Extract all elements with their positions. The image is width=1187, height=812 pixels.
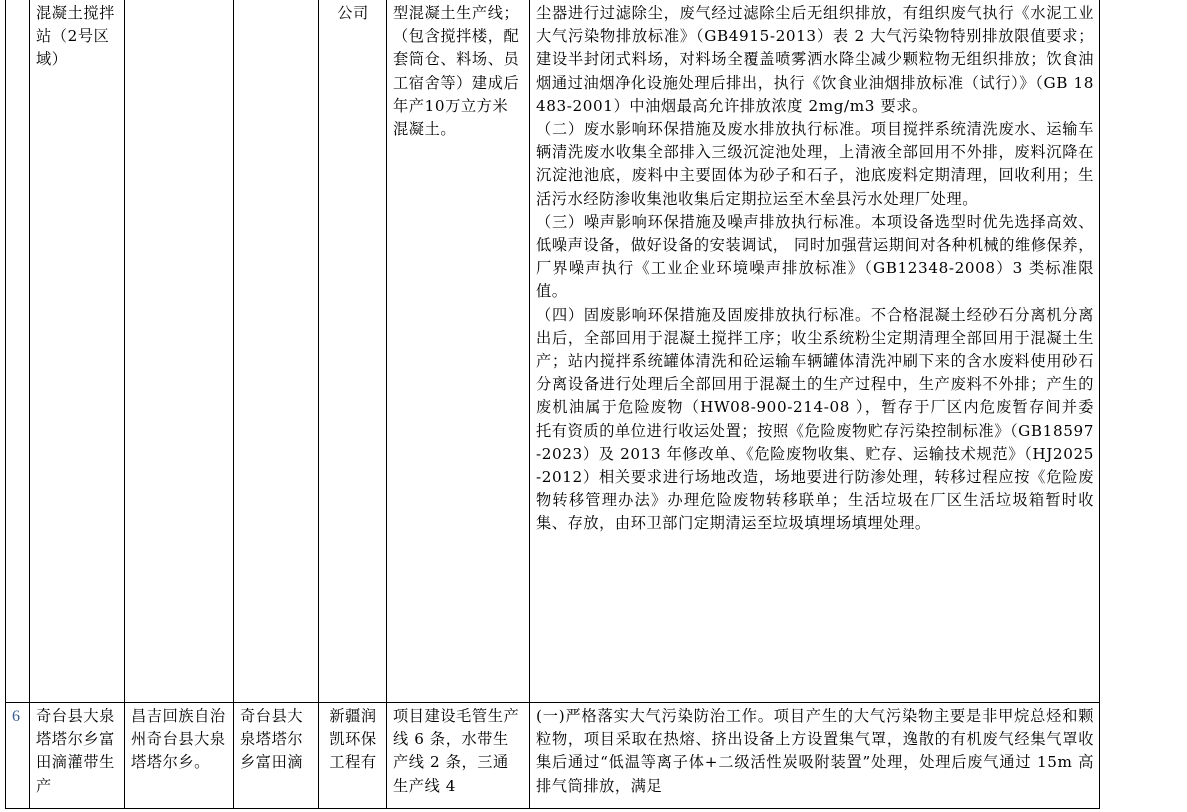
company-name: 新疆润凯环保工程有 [329,707,376,771]
row-number: 6 [12,708,21,725]
cell-company: 新疆润凯环保工程有 [319,703,387,809]
cell-project-name: 奇台县大泉塔塔尔乡富田滴灌带生产 [30,703,125,809]
location-detail: 奇台县大泉塔塔尔乡富田滴 [240,707,303,771]
project-name: 奇台县大泉塔塔尔乡富田滴灌带生产 [36,707,115,795]
cell-location-admin [125,0,234,703]
construction-content: 项目建设毛管生产线 6 条，水带生产线 2 条，三通生产线 4 [393,707,519,795]
cell-location-detail [234,0,319,703]
cell-location-detail: 奇台县大泉塔塔尔乡富田滴 [234,703,319,809]
cell-content: 型混凝土生产线；（包含搅拌楼，配套筒仓、料场、员工宿舍等）建成后年产10万立方米… [387,0,530,703]
project-name: 混凝土搅拌站（2号区域） [36,4,115,68]
table-row: 混凝土搅拌站（2号区域） 公司 型混凝土生产线；（包含搅拌楼，配套筒仓、料场、员… [6,0,1100,703]
project-table: 混凝土搅拌站（2号区域） 公司 型混凝土生产线；（包含搅拌楼，配套筒仓、料场、员… [5,0,1100,809]
cell-company: 公司 [319,0,387,703]
cell-index: 6 [6,703,30,809]
cell-location-admin: 昌吉回族自治州奇台县大泉塔塔尔乡。 [125,703,234,809]
cell-measures: (一)严格落实大气污染防治工作。项目产生的大气污染物主要是非甲烷总烃和颗粒物，项… [530,703,1100,809]
cell-project-name: 混凝土搅拌站（2号区域） [30,0,125,703]
measure-paragraph: （二）废水影响环保措施及废水排放执行标准。项目搅拌系统清洗废水、运输车辆清洗废水… [536,118,1094,211]
measure-paragraph: （三）噪声影响环保措施及噪声排放执行标准。本项设备选型时优先选择高效、低噪声设备… [536,211,1094,304]
measure-paragraph: (一)严格落实大气污染防治工作。项目产生的大气污染物主要是非甲烷总烃和颗粒物，项… [536,705,1094,798]
company-name: 公司 [337,4,369,22]
cell-index [6,0,30,703]
cell-measures: 尘器进行过滤除尘，废气经过滤除尘后无组织排放，有组织废气执行《水泥工业大气污染物… [530,0,1100,703]
measure-paragraph: （四）固废影响环保措施及固废排放执行标准。不合格混凝土经砂石分离机分离出后，全部… [536,304,1094,536]
location-admin: 昌吉回族自治州奇台县大泉塔塔尔乡。 [131,707,226,771]
table-row: 6 奇台县大泉塔塔尔乡富田滴灌带生产 昌吉回族自治州奇台县大泉塔塔尔乡。 奇台县… [6,703,1100,809]
construction-content: 型混凝土生产线；（包含搅拌楼，配套筒仓、料场、员工宿舍等）建成后年产10万立方米… [393,4,519,138]
measure-paragraph: 尘器进行过滤除尘，废气经过滤除尘后无组织排放，有组织废气执行《水泥工业大气污染物… [536,2,1094,118]
cell-content: 项目建设毛管生产线 6 条，水带生产线 2 条，三通生产线 4 [387,703,530,809]
